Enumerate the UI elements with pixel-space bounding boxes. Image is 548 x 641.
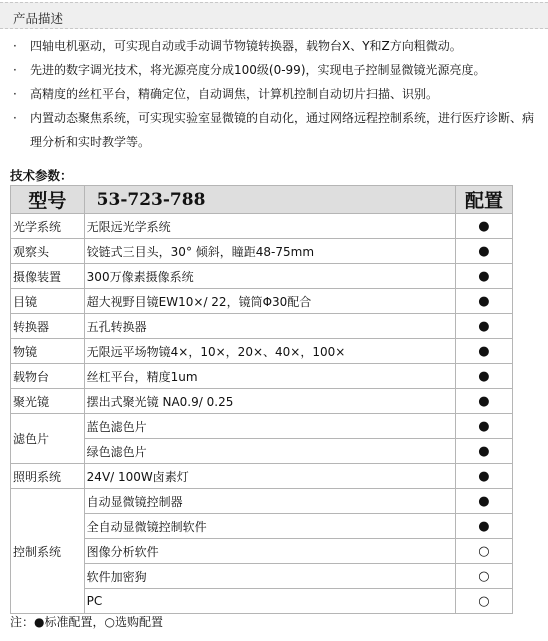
row-spec: PC [84, 589, 455, 614]
row-spec: 图像分析软件 [84, 539, 455, 564]
row-spec: 绿色滤色片 [84, 439, 455, 464]
row-name: 转换器 [11, 314, 85, 339]
standard-dot-icon: ● [455, 214, 512, 239]
table-row: 软件加密狗○ [11, 564, 513, 589]
row-spec: 无限远平场物镜4×，10×，20×、40×，100× [84, 339, 455, 364]
row-spec: 300万像素摄像系统 [84, 264, 455, 289]
table-row: 观察头铰链式三目头，30° 倾斜，瞳距48-75mm● [11, 239, 513, 264]
optional-circle-icon: ○ [455, 564, 512, 589]
row-spec: 无限远光学系统 [84, 214, 455, 239]
standard-dot-icon: ● [455, 339, 512, 364]
bullet-icon: · [13, 58, 17, 82]
row-name: 照明系统 [11, 464, 85, 489]
header-model-number: 53-723-788 [84, 186, 455, 214]
row-spec: 蓝色滤色片 [84, 414, 455, 439]
table-row: 聚光镜摆出式聚光镜 NA0.9/ 0.25● [11, 389, 513, 414]
feature-item: ·内置动态聚焦系统，可实现实验室显微镜的自动化，通过网络远程控制系统，进行医疗诊… [0, 106, 548, 154]
row-name: 控制系统 [11, 489, 85, 614]
row-spec: 自动显微镜控制器 [84, 489, 455, 514]
row-spec: 24V/ 100W卤素灯 [84, 464, 455, 489]
table-row: 绿色滤色片● [11, 439, 513, 464]
feature-item: ·高精度的丝杠平台，精确定位，自动调焦，计算机控制自动切片扫描、识别。 [0, 82, 548, 106]
section-header: 产品描述 [0, 2, 548, 29]
spec-table: 型号 53-723-788 配置 光学系统无限远光学系统● 观察头铰链式三目头，… [10, 185, 513, 614]
row-spec: 摆出式聚光镜 NA0.9/ 0.25 [84, 389, 455, 414]
row-spec: 全自动显微镜控制软件 [84, 514, 455, 539]
row-name: 观察头 [11, 239, 85, 264]
table-row: 目镜超大视野目镜EW10×/ 22，镜筒Φ30配合● [11, 289, 513, 314]
row-spec: 软件加密狗 [84, 564, 455, 589]
optional-circle-icon: ○ [455, 589, 512, 614]
bullet-icon: · [13, 34, 17, 58]
bullet-icon: · [13, 106, 17, 130]
table-row: 转换器五孔转换器● [11, 314, 513, 339]
bullet-icon: · [13, 82, 17, 106]
row-name: 聚光镜 [11, 389, 85, 414]
row-spec: 五孔转换器 [84, 314, 455, 339]
standard-dot-icon: ● [455, 364, 512, 389]
table-row: 光学系统无限远光学系统● [11, 214, 513, 239]
standard-dot-icon: ● [455, 439, 512, 464]
table-row: 滤色片蓝色滤色片● [11, 414, 513, 439]
feature-item: ·先进的数字调光技术，将光源亮度分成100级(0-99)，实现电子控制显微镜光源… [0, 58, 548, 82]
section-title: 产品描述 [13, 9, 63, 27]
row-name: 目镜 [11, 289, 85, 314]
table-header-row: 型号 53-723-788 配置 [11, 186, 513, 214]
tech-params-title: 技术参数： [10, 166, 73, 184]
header-config: 配置 [455, 186, 512, 214]
standard-dot-icon: ● [455, 489, 512, 514]
standard-dot-icon: ● [455, 289, 512, 314]
row-spec: 丝杠平台，精度1um [84, 364, 455, 389]
standard-dot-icon: ● [455, 264, 512, 289]
optional-circle-icon: ○ [455, 539, 512, 564]
row-spec: 超大视野目镜EW10×/ 22，镜筒Φ30配合 [84, 289, 455, 314]
standard-dot-icon: ● [455, 464, 512, 489]
row-name: 摄像装置 [11, 264, 85, 289]
standard-dot-icon: ● [455, 389, 512, 414]
feature-item: ·四轴电机驱动，可实现自动或手动调节物镜转换器，载物台X、Y和Z方向粗微动。 [0, 34, 548, 58]
table-row: PC○ [11, 589, 513, 614]
row-name: 滤色片 [11, 414, 85, 464]
table-row: 控制系统自动显微镜控制器● [11, 489, 513, 514]
table-row: 物镜无限远平场物镜4×，10×，20×、40×，100×● [11, 339, 513, 364]
row-spec: 铰链式三目头，30° 倾斜，瞳距48-75mm [84, 239, 455, 264]
feature-list: ·四轴电机驱动，可实现自动或手动调节物镜转换器，载物台X、Y和Z方向粗微动。 ·… [0, 34, 548, 154]
table-row: 载物台丝杠平台，精度1um● [11, 364, 513, 389]
standard-dot-icon: ● [455, 414, 512, 439]
legend-note: 注：●标准配置，○选购配置 [10, 613, 163, 630]
header-model-label: 型号 [11, 186, 85, 214]
standard-dot-icon: ● [455, 514, 512, 539]
table-row: 照明系统24V/ 100W卤素灯● [11, 464, 513, 489]
table-row: 摄像装置300万像素摄像系统● [11, 264, 513, 289]
row-name: 载物台 [11, 364, 85, 389]
table-row: 全自动显微镜控制软件● [11, 514, 513, 539]
table-row: 图像分析软件○ [11, 539, 513, 564]
standard-dot-icon: ● [455, 314, 512, 339]
standard-dot-icon: ● [455, 239, 512, 264]
row-name: 光学系统 [11, 214, 85, 239]
row-name: 物镜 [11, 339, 85, 364]
